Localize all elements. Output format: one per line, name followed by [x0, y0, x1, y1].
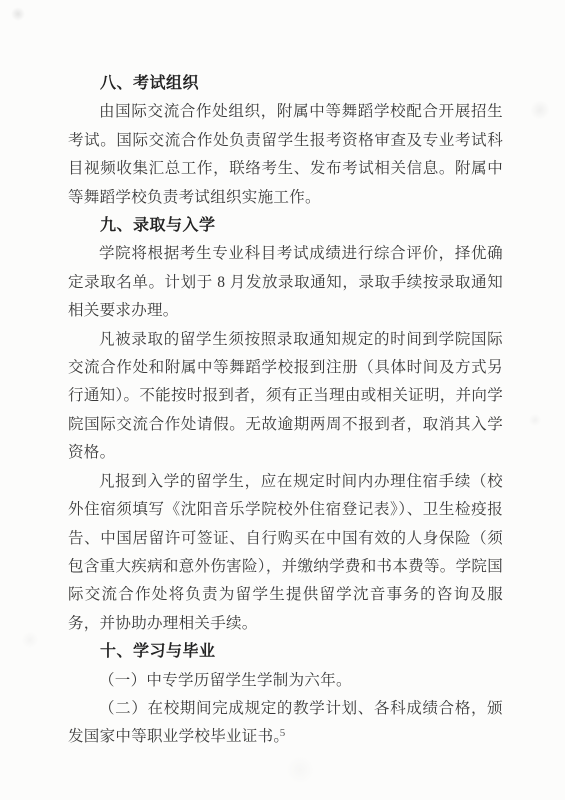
paragraph: 凡被录取的留学生须按照录取通知规定的时间到学院国际交流合作处和附属中等舞蹈学校报…: [68, 326, 503, 468]
section-heading-study-graduation: 十、学习与毕业: [68, 638, 503, 666]
page-number: 5: [0, 727, 565, 739]
paragraph: 学院将根据考生专业科目考试成绩进行综合评价，择优确定录取名单。计划于 8 月发放…: [68, 240, 503, 325]
paragraph: 由国际交流合作处组织，附属中等舞蹈学校配合开展招生考试。国际交流合作处负责留学生…: [68, 98, 503, 212]
paragraph: 凡报到入学的留学生，应在规定时间内办理住宿手续（校外住宿须填写《沈阳音乐学院校外…: [68, 468, 503, 638]
paragraph: （二）在校期间完成规定的教学计划、各科成绩合格，颁发国家中等职业学校毕业证书。: [68, 695, 503, 752]
paragraph: （一）中专学历留学生学制为六年。: [68, 667, 503, 695]
section-heading-exam-organization: 八、考试组织: [68, 70, 503, 98]
document-content: 八、考试组织 由国际交流合作处组织，附属中等舞蹈学校配合开展招生考试。国际交流合…: [68, 70, 503, 752]
document-page: { "colors": { "paper": "#fcfcfb", "ink":…: [0, 0, 565, 800]
section-heading-admission-enrollment: 九、录取与入学: [68, 212, 503, 240]
